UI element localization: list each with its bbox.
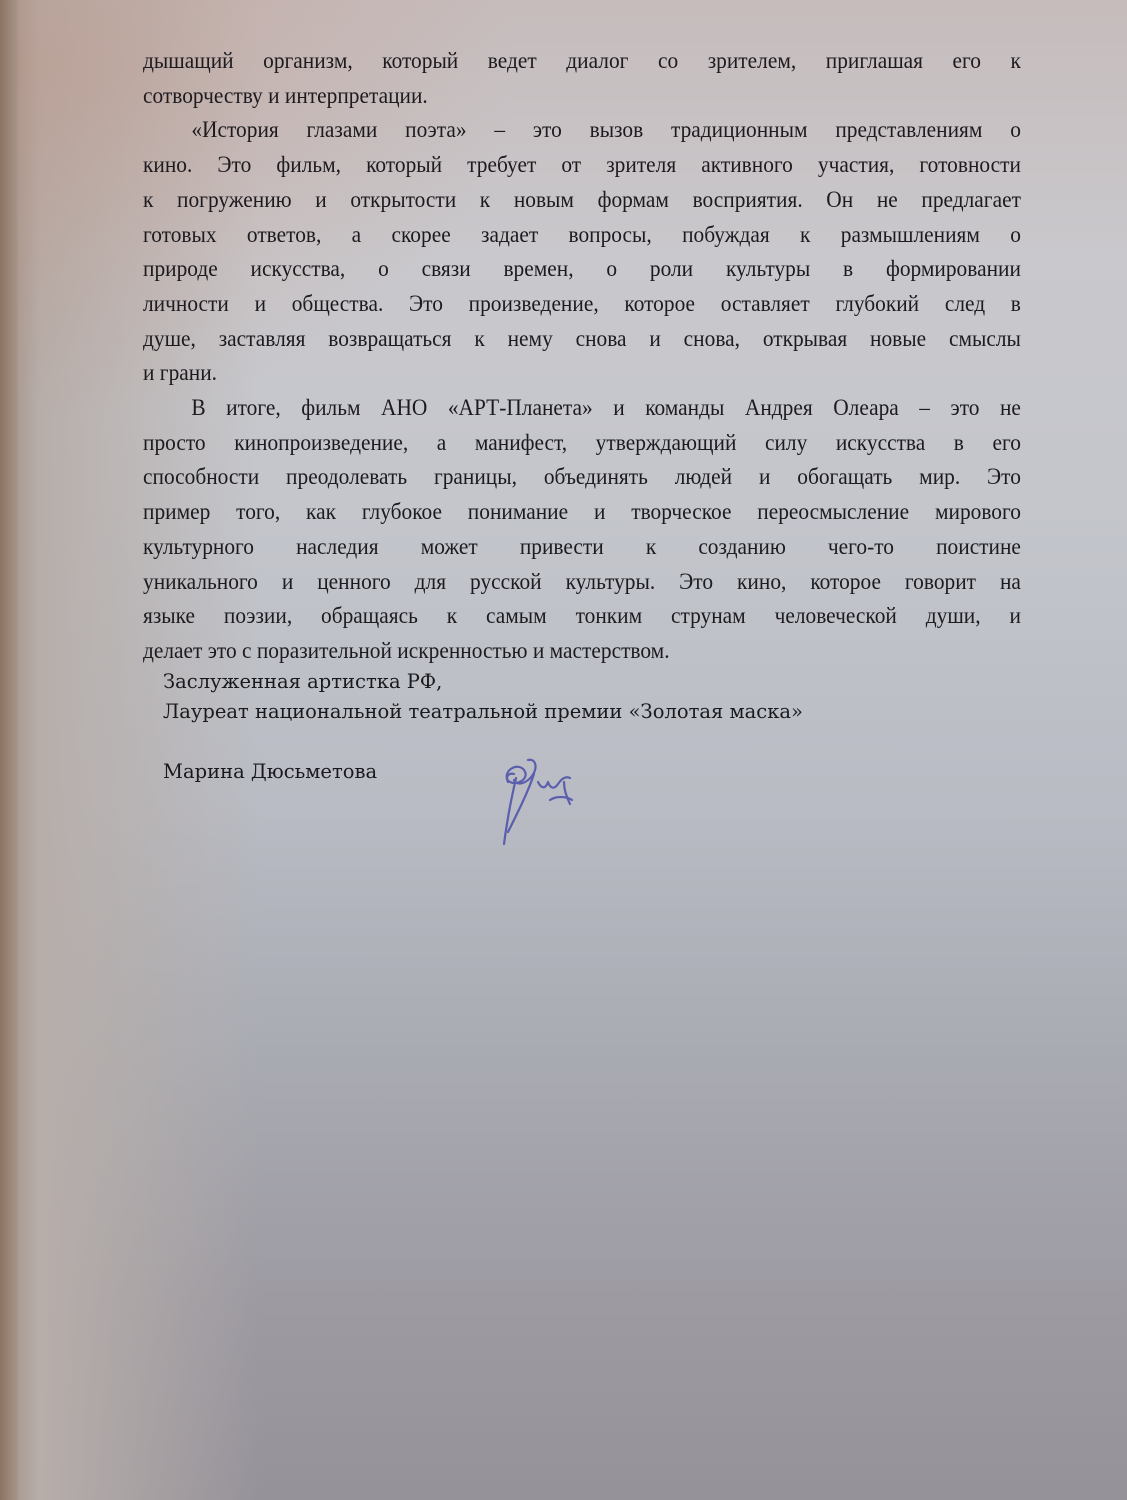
text-line: уникального и ценного для русской культу… [143,565,1021,600]
text-line: способности преодолевать границы, объеди… [143,460,1021,495]
text-line: просто кинопроизведение, а манифест, утв… [143,426,1021,461]
author-title: Заслуженная артистка РФ, [163,667,803,697]
text-line: сотворчеству и интерпретации. [143,79,1021,114]
text-line: В итоге, фильм АНО «АРТ-Планета» и коман… [143,391,1021,426]
text-line: культурного наследия может привести к со… [143,530,1021,565]
handwritten-signature-icon [478,752,598,852]
text-line: готовых ответов, а скорее задает вопросы… [143,218,1021,253]
paragraph-2: «История глазами поэта» – это вызов трад… [143,113,1021,391]
text-line: душе, заставляя возвращаться к нему снов… [143,322,1021,357]
letter-body: дышащий организм, который ведет диалог с… [143,44,1021,669]
letter-page: дышащий организм, который ведет диалог с… [0,0,1127,1500]
text-line: к погружению и открытости к новым формам… [143,183,1021,218]
text-line: кино. Это фильм, который требует от зрит… [143,148,1021,183]
text-line: языке поэзии, обращаясь к самым тонким с… [143,599,1021,634]
text-line: и грани. [143,356,1021,391]
text-line: личности и общества. Это произведение, к… [143,287,1021,322]
author-award: Лауреат национальной театральной премии … [163,697,803,727]
text-line: делает это с поразительной искренностью … [143,634,1021,669]
text-line: природе искусства, о связи времен, о рол… [143,252,1021,287]
text-line: пример того, как глубокое понимание и тв… [143,495,1021,530]
text-line: дышащий организм, который ведет диалог с… [143,44,1021,79]
paragraph-3: В итоге, фильм АНО «АРТ-Планета» и коман… [143,391,1021,669]
paragraph-1: дышащий организм, который ведет диалог с… [143,44,1021,113]
text-line: «История глазами поэта» – это вызов трад… [143,113,1021,148]
